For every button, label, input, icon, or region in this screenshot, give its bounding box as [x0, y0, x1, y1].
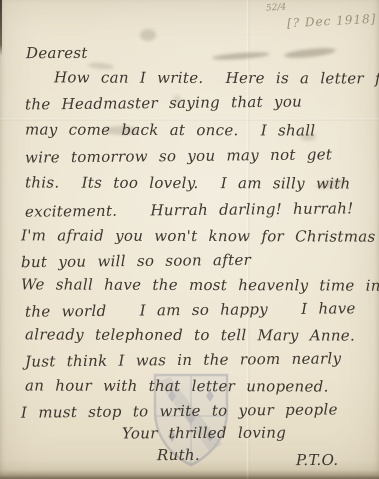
shelfmark-annotation: 52/4 [266, 2, 287, 13]
greeting: Dearest [26, 44, 88, 62]
letter-line: wire tomorrow so you may not get [25, 145, 332, 166]
pencil-smudge [284, 46, 337, 59]
letter-line: How can I write. Here is a letter from [54, 68, 379, 87]
letter-line: may come back at once. I shall [25, 120, 315, 139]
letter-line: but you will so soon after [21, 251, 251, 271]
pencil-smudge [212, 51, 270, 61]
scan-edge-bottom [0, 470, 379, 479]
pencil-smudge [140, 29, 156, 41]
letter-line: this. Its too lovely. I am silly with [25, 173, 351, 192]
letter-line: I'm afraid you won't know for Christmas [21, 226, 376, 245]
scan-edge-left [0, 0, 2, 56]
date-annotation: [? Dec 1918] [287, 12, 377, 31]
closing: Your thrilled loving [122, 424, 286, 443]
letter-line: excitement. Hurrah darling! hurrah! [25, 199, 354, 220]
signature: Ruth. [157, 446, 200, 464]
letter-line: We shall have the most heavenly time in [21, 275, 379, 294]
pto-note: P.T.O. [296, 451, 338, 469]
letter-line: Just think I was in the room nearly [25, 349, 341, 370]
letter-line: an hour with that letter unopened. [25, 376, 329, 395]
letter-line: already telephoned to tell Mary Anne. [25, 325, 355, 344]
letter-line: I must stop to write to your people [21, 400, 338, 421]
letter-line: the Headmaster saying that you [25, 93, 302, 114]
letter-page: 52/4 [? Dec 1918] Dearest How can I writ… [0, 0, 379, 479]
letter-line: the world I am so happy I have [25, 299, 356, 320]
